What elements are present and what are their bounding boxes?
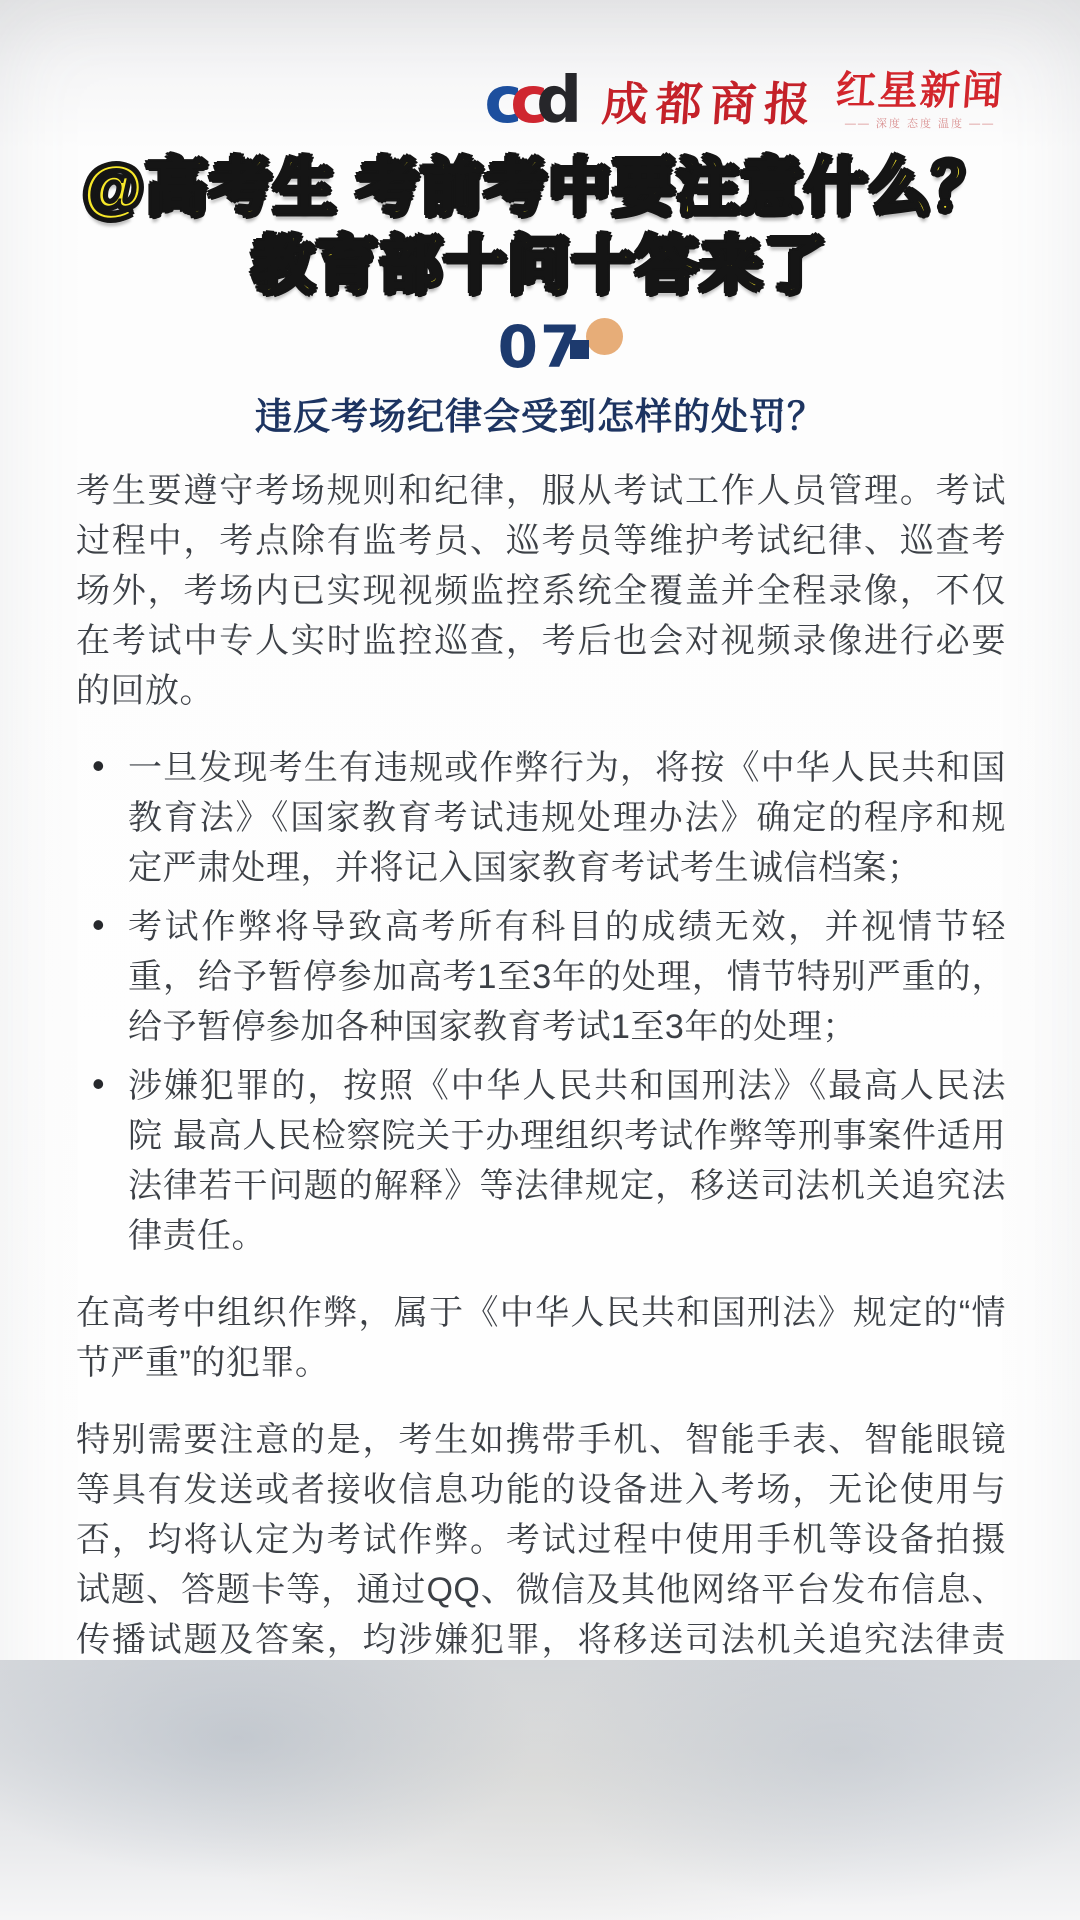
news-name: 红星新闻 bbox=[835, 70, 1006, 112]
headline-line-1: @高考生 考前考中要注意什么？ bbox=[0, 150, 1080, 228]
ccd-logo-icon: ccd bbox=[484, 73, 584, 131]
paragraph-crime: 在高考中组织作弊，属于《中华人民共和国刑法》规定的“情节严重”的犯罪。 bbox=[76, 1288, 1006, 1388]
headline-line-2: 教育部十问十答来了 bbox=[0, 228, 1080, 306]
list-item-text: 涉嫌犯罪的，按照《中华人民共和国刑法》《最高人民法院 最高人民检察院关于办理组织… bbox=[128, 1067, 1006, 1255]
paragraph-intro: 考生要遵守考场规则和纪律，服从考试工作人员管理。考试过程中，考点除有监考员、巡考… bbox=[76, 466, 1006, 716]
section-number-badge: 07 bbox=[0, 318, 1080, 376]
ccd-letter-c-blue: c bbox=[484, 64, 510, 138]
article-body: 考生要遵守考场规则和纪律，服从考试工作人员管理。考试过程中，考点除有监考员、巡考… bbox=[76, 466, 1006, 1742]
section-question: 违反考场纪律会受到怎样的处罚？ bbox=[0, 386, 1080, 440]
bottom-blur-band bbox=[0, 1660, 1080, 1920]
bullet-dot-icon: • bbox=[92, 1059, 105, 1109]
section-number-wrap: 07 bbox=[498, 318, 583, 376]
news-tagline: —— 深度 态度 温度 —— bbox=[845, 115, 995, 131]
list-item-text: 考试作弊将导致高考所有科目的成绩无效，并视情节轻重，给予暂停参加高考1至3年的处… bbox=[128, 908, 1006, 1046]
punishment-list: •一旦发现考生有违规或作弊行为，将按《中华人民共和国教育法》《国家教育考试违规处… bbox=[76, 743, 1006, 1261]
headline: @高考生 考前考中要注意什么？ 教育部十问十答来了 bbox=[0, 150, 1080, 306]
ccd-letter-d-black: d bbox=[536, 64, 570, 138]
list-item-text: 一旦发现考生有违规或作弊行为，将按《中华人民共和国教育法》《国家教育考试违规处理… bbox=[128, 749, 1006, 887]
list-item: •考试作弊将导致高考所有科目的成绩无效，并视情节轻重，给予暂停参加高考1至3年的… bbox=[128, 902, 1006, 1052]
bullet-dot-icon: • bbox=[92, 900, 105, 950]
paper-name: 成都商报 bbox=[600, 80, 820, 131]
list-item: •涉嫌犯罪的，按照《中华人民共和国刑法》《最高人民法院 最高人民检察院关于办理组… bbox=[128, 1061, 1006, 1261]
bullet-dot-icon: • bbox=[92, 741, 105, 791]
list-item: •一旦发现考生有违规或作弊行为，将按《中华人民共和国教育法》《国家教育考试违规处… bbox=[128, 743, 1006, 893]
ccd-letter-c-red: c bbox=[510, 64, 536, 138]
navy-square-icon bbox=[570, 340, 589, 359]
orange-dot-icon bbox=[586, 318, 623, 355]
news-brand-block: 红星新闻 —— 深度 态度 温度 —— bbox=[836, 70, 1004, 131]
brand-logo: ccd 成都商报 红星新闻 —— 深度 态度 温度 —— bbox=[484, 70, 1004, 131]
news-card-page: ccd 成都商报 红星新闻 —— 深度 态度 温度 —— @高考生 考前考中要注… bbox=[0, 0, 1080, 1920]
